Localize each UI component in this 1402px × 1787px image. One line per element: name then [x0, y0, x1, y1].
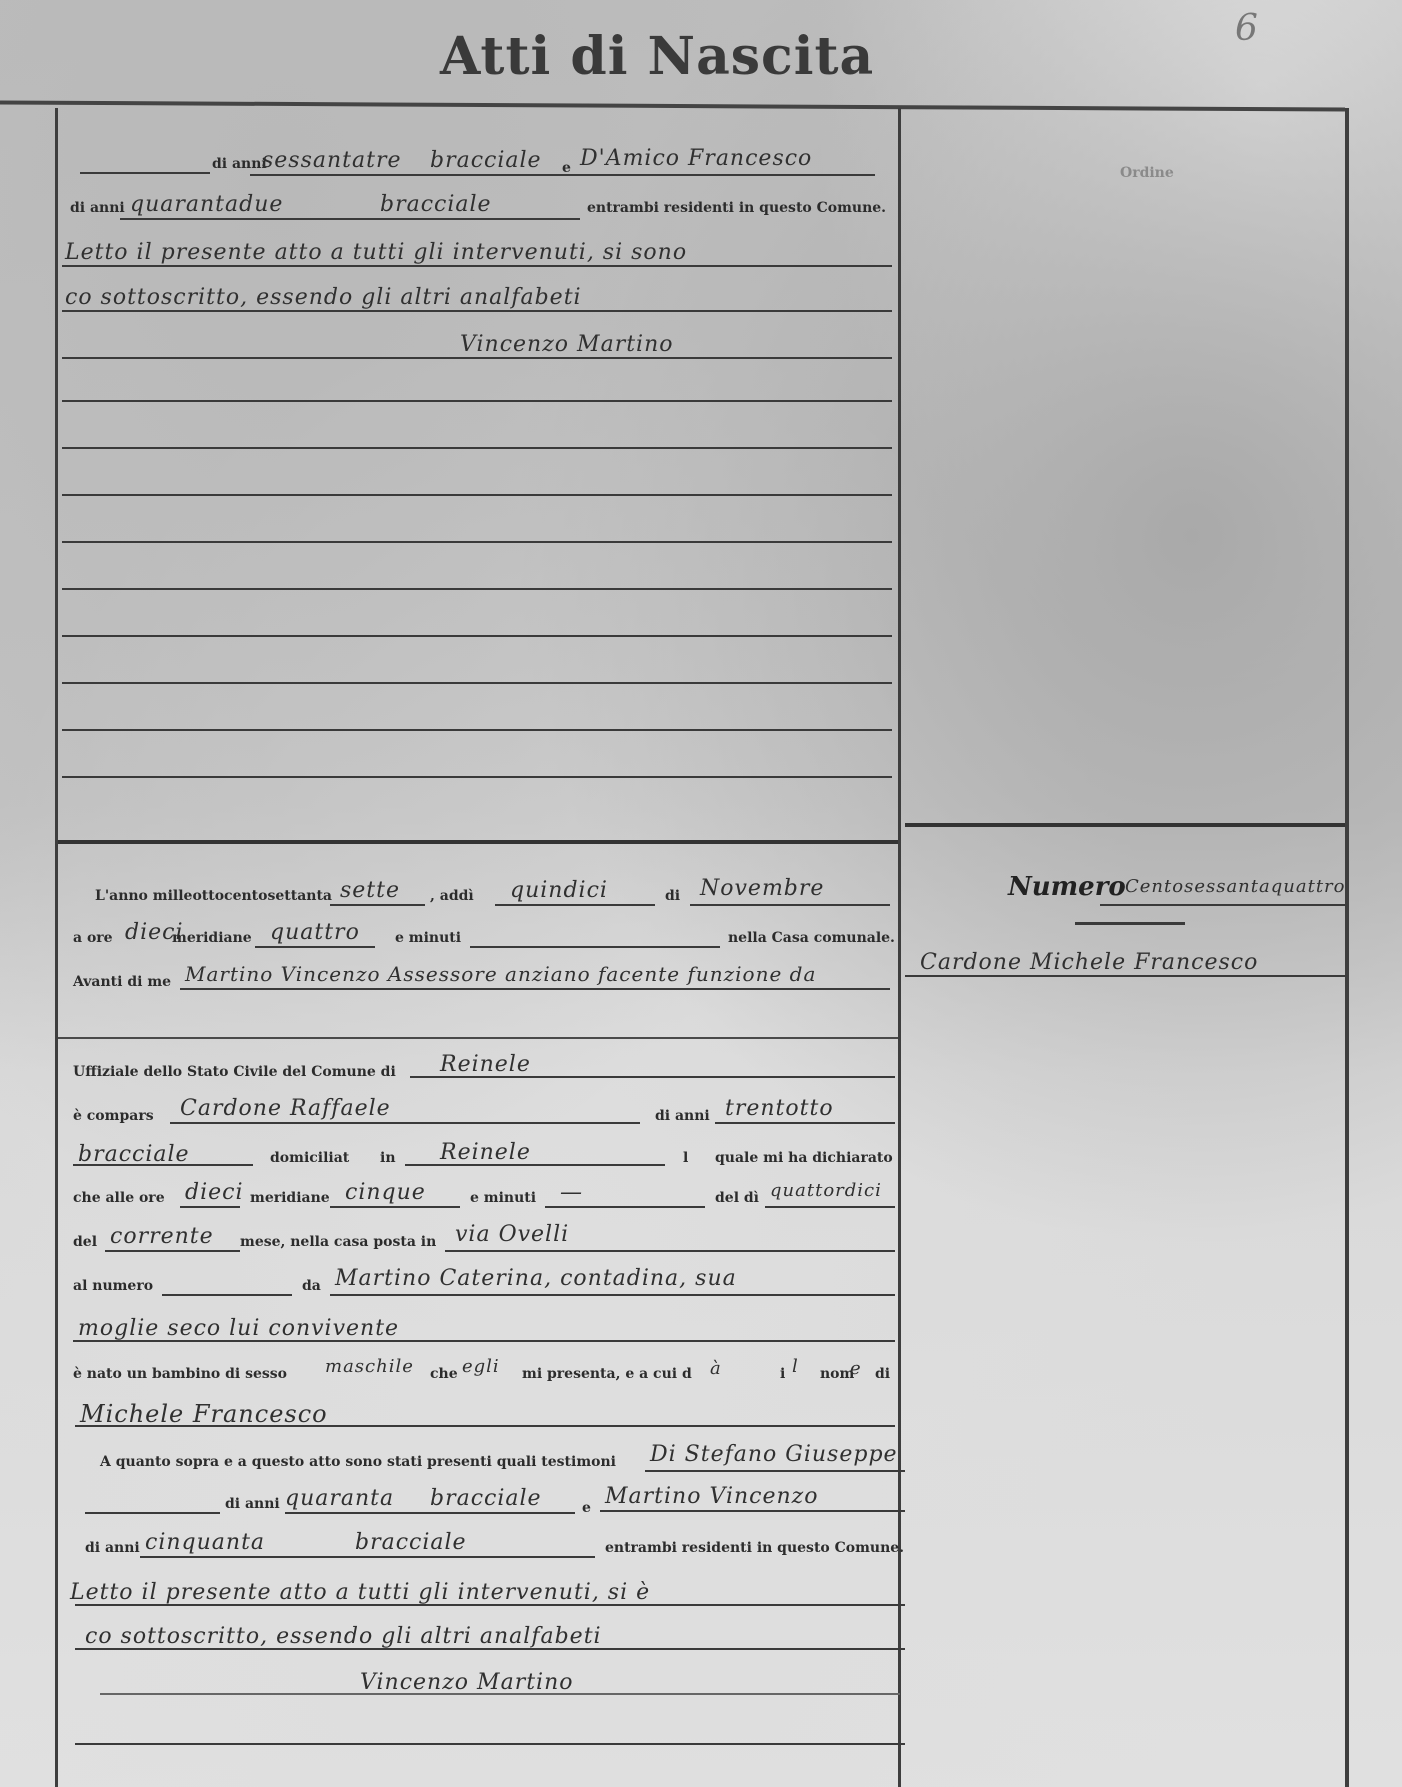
da-label: da: [302, 1278, 321, 1294]
residence-label: entrambi residenti in questo Comune.: [605, 1540, 904, 1556]
ruled-line: [62, 776, 892, 778]
comparso-label: è compars: [73, 1108, 154, 1124]
meridiane-label: meridiane: [250, 1190, 330, 1206]
fill-line: [470, 946, 720, 948]
fill-line: [330, 1294, 895, 1296]
domicile-label: domiciliat: [270, 1150, 349, 1166]
fill-line: [405, 1164, 665, 1166]
day-value: quindici: [510, 878, 608, 903]
ruled-line: [73, 1340, 895, 1342]
faint-header: Ordine: [1120, 165, 1174, 181]
ruled-line: [62, 447, 892, 449]
fill-line: [545, 1206, 705, 1208]
year-word: sette: [340, 878, 400, 903]
casa-comunale-label: nella Casa comunale.: [728, 930, 895, 946]
declared-label: quale mi ha dichiarato: [715, 1150, 893, 1166]
fill-line: [410, 1076, 895, 1078]
witness-name: D'Amico Francesco: [580, 146, 812, 171]
underline: [1075, 922, 1185, 925]
ruled-line: [75, 1648, 905, 1650]
witness1-age: quaranta: [285, 1486, 394, 1511]
birth-meridiane: cinque: [345, 1180, 426, 1205]
center-divider: [898, 108, 901, 1787]
dato-value: à: [710, 1358, 722, 1379]
minuti-label: e minuti: [395, 930, 461, 946]
age-label: di anni: [85, 1540, 140, 1556]
record-number-label: Numero: [1008, 872, 1126, 902]
addi-label: , addì: [430, 888, 474, 904]
ruled-line: [62, 541, 892, 543]
fill-line: [73, 1164, 253, 1166]
age-label: di anni: [70, 200, 125, 216]
residence-label: entrambi residenti in questo Comune.: [587, 200, 886, 216]
ruled-line: [100, 1693, 900, 1695]
fill-line: [170, 1122, 640, 1124]
domicile-place: Reinele: [440, 1140, 531, 1165]
di-label: di: [875, 1366, 890, 1382]
ruled-line: [62, 265, 892, 267]
fill-line: [285, 1512, 575, 1514]
right-border: [1345, 108, 1349, 1787]
number-label: al numero: [73, 1278, 153, 1294]
fill-line: [445, 1250, 895, 1252]
fill-line: [120, 218, 580, 220]
birth-hour: dieci: [185, 1180, 244, 1205]
fill-line: [180, 988, 890, 990]
age-value: quarantadue: [130, 192, 283, 217]
fill-line: [85, 1512, 220, 1514]
sex-value: maschile: [325, 1356, 414, 1377]
fill-line: [905, 975, 1345, 977]
fill-line: [495, 904, 655, 906]
i-label: i: [780, 1366, 785, 1382]
fill-line: [715, 1122, 895, 1124]
declarant-name: Cardone Raffaele: [180, 1096, 391, 1121]
ruled-line: [75, 1425, 895, 1427]
witness1-name: Di Stefano Giuseppe: [650, 1442, 898, 1467]
occupation-value: bracciale: [430, 148, 542, 173]
birth-day: quattordici: [770, 1180, 882, 1201]
fill-line: [765, 1206, 895, 1208]
avanti-label: Avanti di me: [73, 974, 171, 990]
month-prefix: del: [73, 1234, 97, 1250]
fill-line: [105, 1250, 240, 1252]
age-value: sessantatre: [262, 148, 402, 173]
witness1-occupation: bracciale: [430, 1486, 542, 1511]
ruled-line: [62, 494, 892, 496]
birth-minutes: —: [560, 1180, 583, 1205]
handwritten-line: co sottoscritto, essendo gli altri analf…: [65, 285, 582, 310]
ruled-line: [62, 682, 892, 684]
month-value: Novembre: [700, 876, 824, 901]
mother-continuation: moglie seco lui convivente: [78, 1316, 399, 1341]
officer-prefix: Uffiziale dello Stato Civile del Comune …: [73, 1064, 396, 1080]
occupation-value: bracciale: [380, 192, 492, 217]
year-prefix: L'anno milleottocentosettanta: [95, 888, 332, 904]
age-label: di anni: [655, 1108, 710, 1124]
month-value: corrente: [110, 1224, 214, 1249]
record-number-value: Centosessantaquattro: [1125, 876, 1346, 897]
declarant-age: trentotto: [725, 1096, 834, 1121]
house-label: mese, nella casa posta in: [240, 1234, 436, 1250]
gender-suffix: l: [683, 1150, 688, 1166]
fill-line: [255, 946, 375, 948]
signature: Vincenzo Martino: [460, 332, 674, 357]
fill-line: [600, 1510, 905, 1512]
fill-line: [250, 174, 875, 176]
ruled-line: [75, 1743, 905, 1745]
age-label: di anni: [225, 1496, 280, 1512]
fill-line: [162, 1294, 292, 1296]
comune-value: Reinele: [440, 1052, 531, 1077]
ruled-line: [75, 1604, 905, 1606]
fill-line: [140, 1556, 595, 1558]
ruled-line: [62, 357, 892, 359]
che-label: che: [430, 1366, 458, 1382]
document-title: Atti di Nascita: [440, 26, 874, 87]
fill-line: [1100, 904, 1345, 906]
fill-line: [80, 172, 210, 174]
meridiane-value: quattro: [270, 920, 360, 945]
margin-child-name: Cardone Michele Francesco: [920, 950, 1258, 975]
fill-line: [645, 1470, 905, 1472]
ruled-line: [62, 310, 892, 312]
del-di-label: del dì: [715, 1190, 759, 1206]
section-divider: [58, 840, 898, 844]
birth-place: via Ovelli: [455, 1222, 569, 1247]
presents-label: mi presenta, e a cui d: [522, 1366, 692, 1382]
che-value: egli: [462, 1356, 500, 1377]
left-border: [55, 108, 58, 1787]
connector: e: [582, 1500, 591, 1516]
fill-line: [330, 904, 425, 906]
meridiane-label: meridiane: [172, 930, 252, 946]
fill-line: [180, 1206, 240, 1208]
birth-time-prefix: che alle ore: [73, 1190, 165, 1206]
witness-intro: A quanto sopra e a questo atto sono stat…: [100, 1454, 616, 1470]
fill-line: [690, 904, 890, 906]
ruled-line: [62, 729, 892, 731]
ruled-line: [62, 635, 892, 637]
child-names: Michele Francesco: [80, 1400, 328, 1428]
mother-name: Martino Caterina, contadina, sua: [335, 1266, 737, 1291]
fill-line: [330, 1206, 460, 1208]
di-label: di: [665, 888, 680, 904]
time-prefix: a ore: [73, 930, 113, 946]
closing-signature: Vincenzo Martino: [360, 1670, 574, 1695]
nome-suffix: e: [850, 1358, 862, 1379]
ruled-line: [62, 588, 892, 590]
witness2-occupation: bracciale: [355, 1530, 467, 1555]
witness2-name: Martino Vincenzo: [605, 1484, 819, 1509]
margin-divider: [905, 823, 1345, 827]
witness2-age: cinquanta: [145, 1530, 265, 1555]
ruled-line: [62, 400, 892, 402]
age-label: di anni: [212, 156, 267, 172]
sex-prefix: è nato un bambino di sesso: [73, 1366, 287, 1382]
closing-line: co sottoscritto, essendo gli altri analf…: [85, 1624, 602, 1649]
handwritten-line: Letto il presente atto a tutti gli inter…: [65, 240, 687, 265]
il-value: l: [792, 1356, 799, 1377]
page-number-mark: 6: [1235, 8, 1258, 49]
minuti-label: e minuti: [470, 1190, 536, 1206]
officer-name: Martino Vincenzo Assessore anziano facen…: [185, 962, 816, 986]
in-label: in: [380, 1150, 396, 1166]
section-divider-2: [58, 1037, 898, 1039]
closing-line: Letto il presente atto a tutti gli inter…: [70, 1580, 650, 1605]
